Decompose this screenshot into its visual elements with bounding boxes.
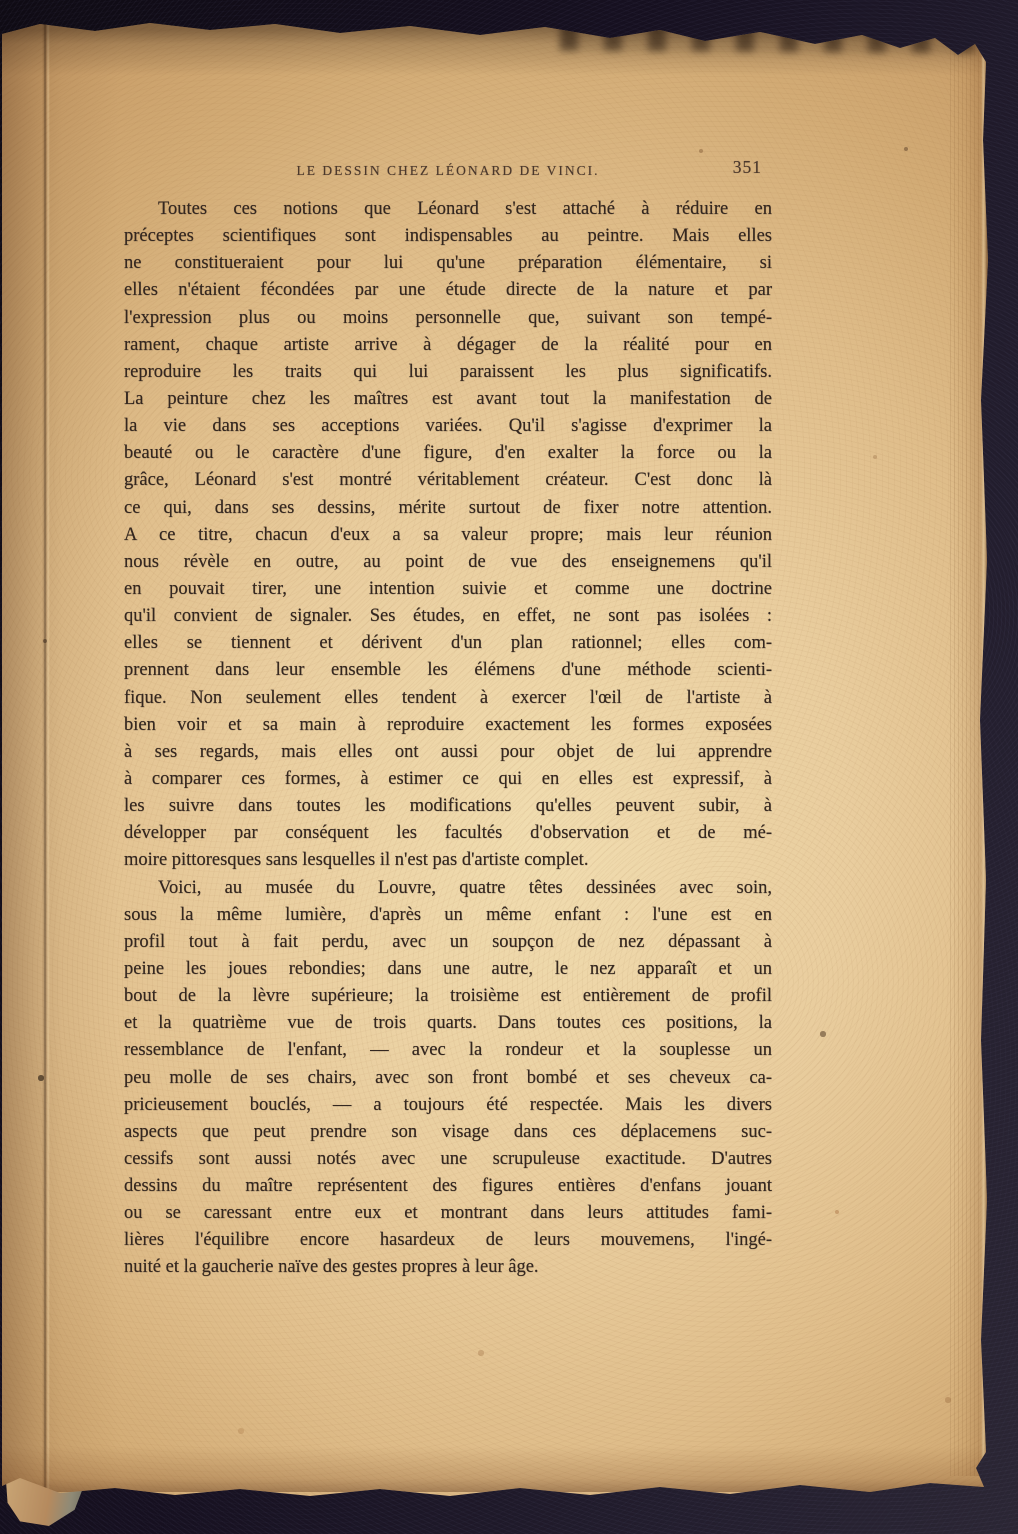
text-line: lières l'équilibre encore hasardeux de l… [124,1227,772,1254]
paragraph-1: Toutes ces notions que Léonard s'est att… [124,196,772,875]
text-line: moire pittoresques sans lesquelles il n'… [124,847,772,874]
text-line: prennent dans leur ensemble les élémens … [124,657,772,684]
text-line: peu molle de ses chairs, avec son front … [124,1065,772,1092]
text-line: nuité et la gaucherie naïve des gestes p… [124,1254,772,1281]
text-line: fique. Non seulement elles tendent à exe… [124,685,772,712]
text-line: bien voir et sa main à reproduire exacte… [124,712,772,739]
text-line: à ses regards, mais elles ont aussi pour… [124,739,772,766]
paper-specks [0,0,2,2]
text-line: pricieusement bouclés, — a toujours été … [124,1092,772,1119]
book-scan: LE DESSIN CHEZ LÉONARD DE VINCI. 351 Tou… [0,0,1018,1534]
text-line: ne constitueraient pour lui qu'une prépa… [124,250,772,277]
paragraph-2: Voici, au musée du Louvre, quatre têtes … [124,875,772,1282]
header-title: LE DESSIN CHEZ LÉONARD DE VINCI. [124,160,772,179]
text-line: la vie dans ses acceptions variées. Qu'i… [124,413,772,440]
text-line: préceptes scientifiques sont indispensab… [124,223,772,250]
text-line: La peinture chez les maîtres est avant t… [124,386,772,413]
text-line: beauté ou le caractère d'une figure, d'e… [124,440,772,467]
text-line: nous révèle en outre, au point de vue de… [124,549,772,576]
book-page: LE DESSIN CHEZ LÉONARD DE VINCI. 351 Tou… [0,0,1018,1534]
text-line: l'expression plus ou moins personnelle q… [124,305,772,332]
page-number: 351 [733,157,762,178]
right-page-edge-stack [950,26,990,1476]
text-line: ou se caressant entre eux et montrant da… [124,1200,772,1227]
text-line: sous la même lumière, d'après un même en… [124,902,772,929]
text-line: aspects que peut prendre son visage dans… [124,1119,772,1146]
text-line: qu'il convient de signaler. Ses études, … [124,603,772,630]
bottom-edge-shadow [0,1446,1018,1492]
text-line: profil tout à fait perdu, avec un soupço… [124,929,772,956]
gutter-shading [0,0,130,1534]
page-content: LE DESSIN CHEZ LÉONARD DE VINCI. 351 Tou… [124,160,772,1282]
text-line: reproduire les traits qui lui paraissent… [124,359,772,386]
text-line: développer par conséquent les facultés d… [124,820,772,847]
text-line: dessins du maître représentent des figur… [124,1173,772,1200]
text-line: elles n'étaient fécondées par une étude … [124,277,772,304]
text-line: en pouvait tirer, une intention suivie e… [124,576,772,603]
text-line: Toutes ces notions que Léonard s'est att… [124,196,772,223]
text-line: à comparer ces formes, à estimer ce qui … [124,766,772,793]
text-line: rament, chaque artiste arrive à dégager … [124,332,772,359]
text-line: ressemblance de l'enfant, — avec la rond… [124,1037,772,1064]
running-header: LE DESSIN CHEZ LÉONARD DE VINCI. 351 [124,160,772,196]
body-text: Toutes ces notions que Léonard s'est att… [124,196,772,1282]
text-line: peine les joues rebondies; dans une autr… [124,956,772,983]
text-line: cessifs sont aussi notés avec une scrupu… [124,1146,772,1173]
text-line: bout de la lèvre supérieure; la troisièm… [124,983,772,1010]
text-line: grâce, Léonard s'est montré véritablemen… [124,467,772,494]
text-line: et la quatrième vue de trois quarts. Dan… [124,1010,772,1037]
text-line: Voici, au musée du Louvre, quatre têtes … [124,875,772,902]
gutter-crease [42,18,50,1534]
top-edge-debris [560,22,990,53]
text-line: A ce titre, chacun d'eux a sa valeur pro… [124,522,772,549]
text-line: les suivre dans toutes les modifications… [124,793,772,820]
text-line: elles se tiennent et dérivent d'un plan … [124,630,772,657]
text-line: ce qui, dans ses dessins, mérite surtout… [124,495,772,522]
